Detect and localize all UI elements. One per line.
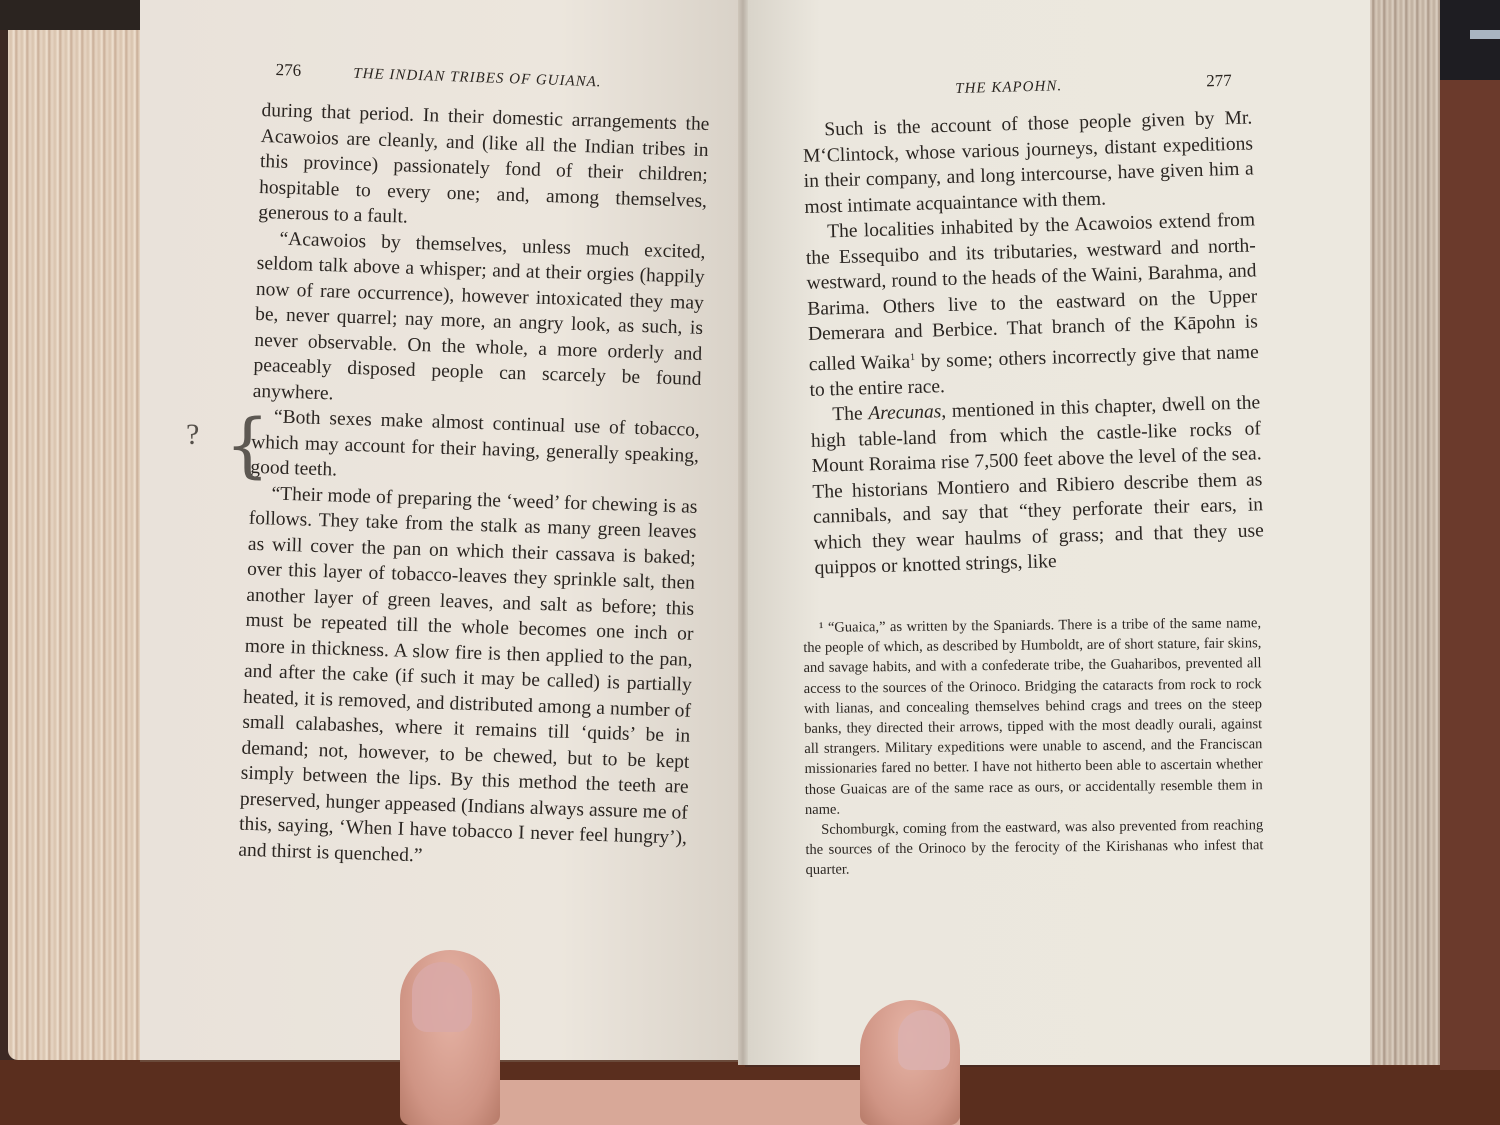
paragraph: “Their mode of preparing the ‘weed’ for … bbox=[238, 480, 698, 876]
book-cover-right bbox=[1440, 80, 1500, 1070]
paragraph: Such is the account of those people give… bbox=[802, 105, 1255, 220]
footnotes: ¹ “Guaica,” as written by the Spaniards.… bbox=[803, 613, 1264, 880]
running-head-right: THE KAPOHN. bbox=[955, 78, 1062, 97]
italic-term: Arecunas bbox=[868, 401, 941, 424]
paragraph-text: The bbox=[832, 403, 869, 425]
blind-slat bbox=[1470, 30, 1500, 39]
paragraph: “Both sexes make almost continual use of… bbox=[250, 404, 700, 495]
page-edges-left bbox=[8, 30, 148, 1060]
thumbnail-left bbox=[412, 962, 472, 1032]
paragraph: The Arecunas, mentioned in this chapter,… bbox=[810, 390, 1265, 581]
left-page-body: during that period. In their domestic ar… bbox=[238, 98, 710, 877]
paragraph: The localities inhabited by the Acawoios… bbox=[805, 207, 1260, 402]
page-edges-right bbox=[1365, 0, 1440, 1065]
footnote: Schomburgk, coming from the eastward, wa… bbox=[805, 815, 1264, 880]
page-number-right: 277 bbox=[1206, 71, 1232, 91]
book-gutter bbox=[738, 0, 748, 1065]
paragraph: “Acawoios by themselves, unless much exc… bbox=[252, 225, 705, 417]
margin-annotation: ? bbox=[186, 418, 199, 452]
page-number-left: 276 bbox=[275, 60, 301, 80]
footnote: ¹ “Guaica,” as written by the Spaniards.… bbox=[803, 613, 1263, 820]
right-page-body: Such is the account of those people give… bbox=[802, 105, 1265, 581]
paragraph: during that period. In their domestic ar… bbox=[258, 98, 710, 240]
thumbnail-right bbox=[898, 1010, 950, 1070]
margin-brace-mark: { bbox=[225, 410, 270, 480]
